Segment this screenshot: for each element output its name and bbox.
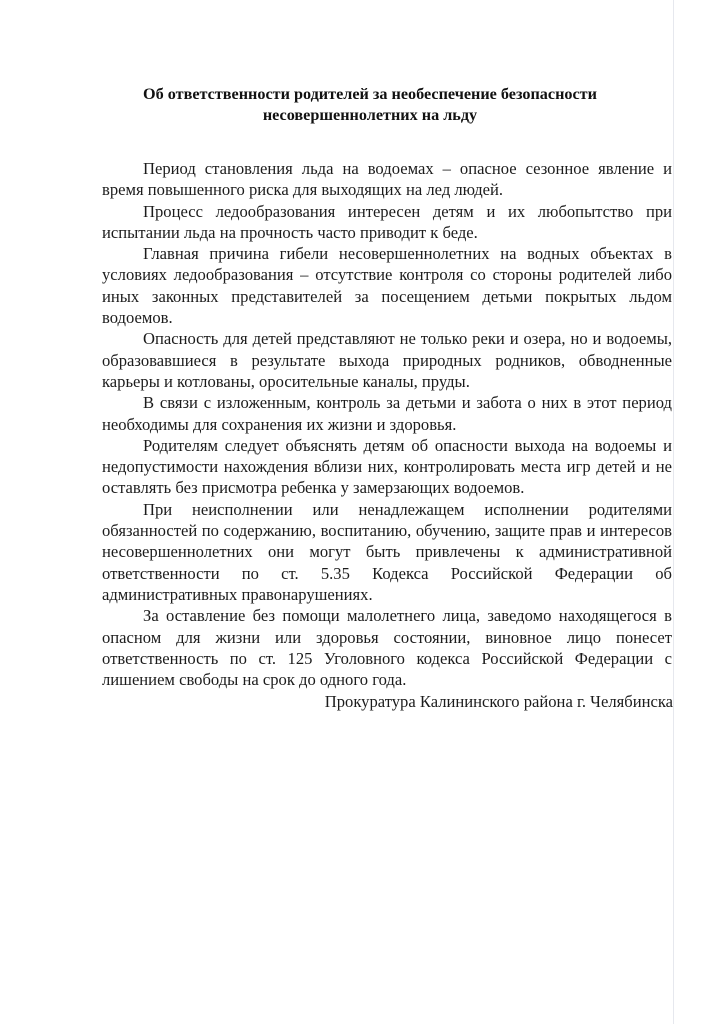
document-title-line-1: Об ответственности родителей за необеспе… xyxy=(100,84,640,105)
paragraph-administrative-liability: При неисполнении или ненадлежащем исполн… xyxy=(102,499,672,605)
document-body: Период становления льда на водоемах – оп… xyxy=(102,158,672,690)
paragraph-dangerous-waters: Опасность для детей представляют не толь… xyxy=(102,328,672,392)
paragraph-criminal-liability: За оставление без помощи малолетнего лиц… xyxy=(102,605,672,690)
document-title: Об ответственности родителей за необеспе… xyxy=(100,84,640,126)
signature: Прокуратура Калининского района г. Челяб… xyxy=(300,691,673,712)
paragraph-main-cause: Главная причина гибели несовершеннолетни… xyxy=(102,243,672,328)
scan-edge-line xyxy=(673,0,674,1024)
paragraph-parents-advice: Родителям следует объяснять детям об опа… xyxy=(102,435,672,499)
paragraph-control-needed: В связи с изложенным, контроль за детьми… xyxy=(102,392,672,435)
document-title-line-2: несовершеннолетних на льду xyxy=(100,105,640,126)
paragraph-children-curiosity: Процесс ледообразования интересен детям … xyxy=(102,201,672,244)
paragraph-ice-formation-period: Период становления льда на водоемах – оп… xyxy=(102,158,672,201)
